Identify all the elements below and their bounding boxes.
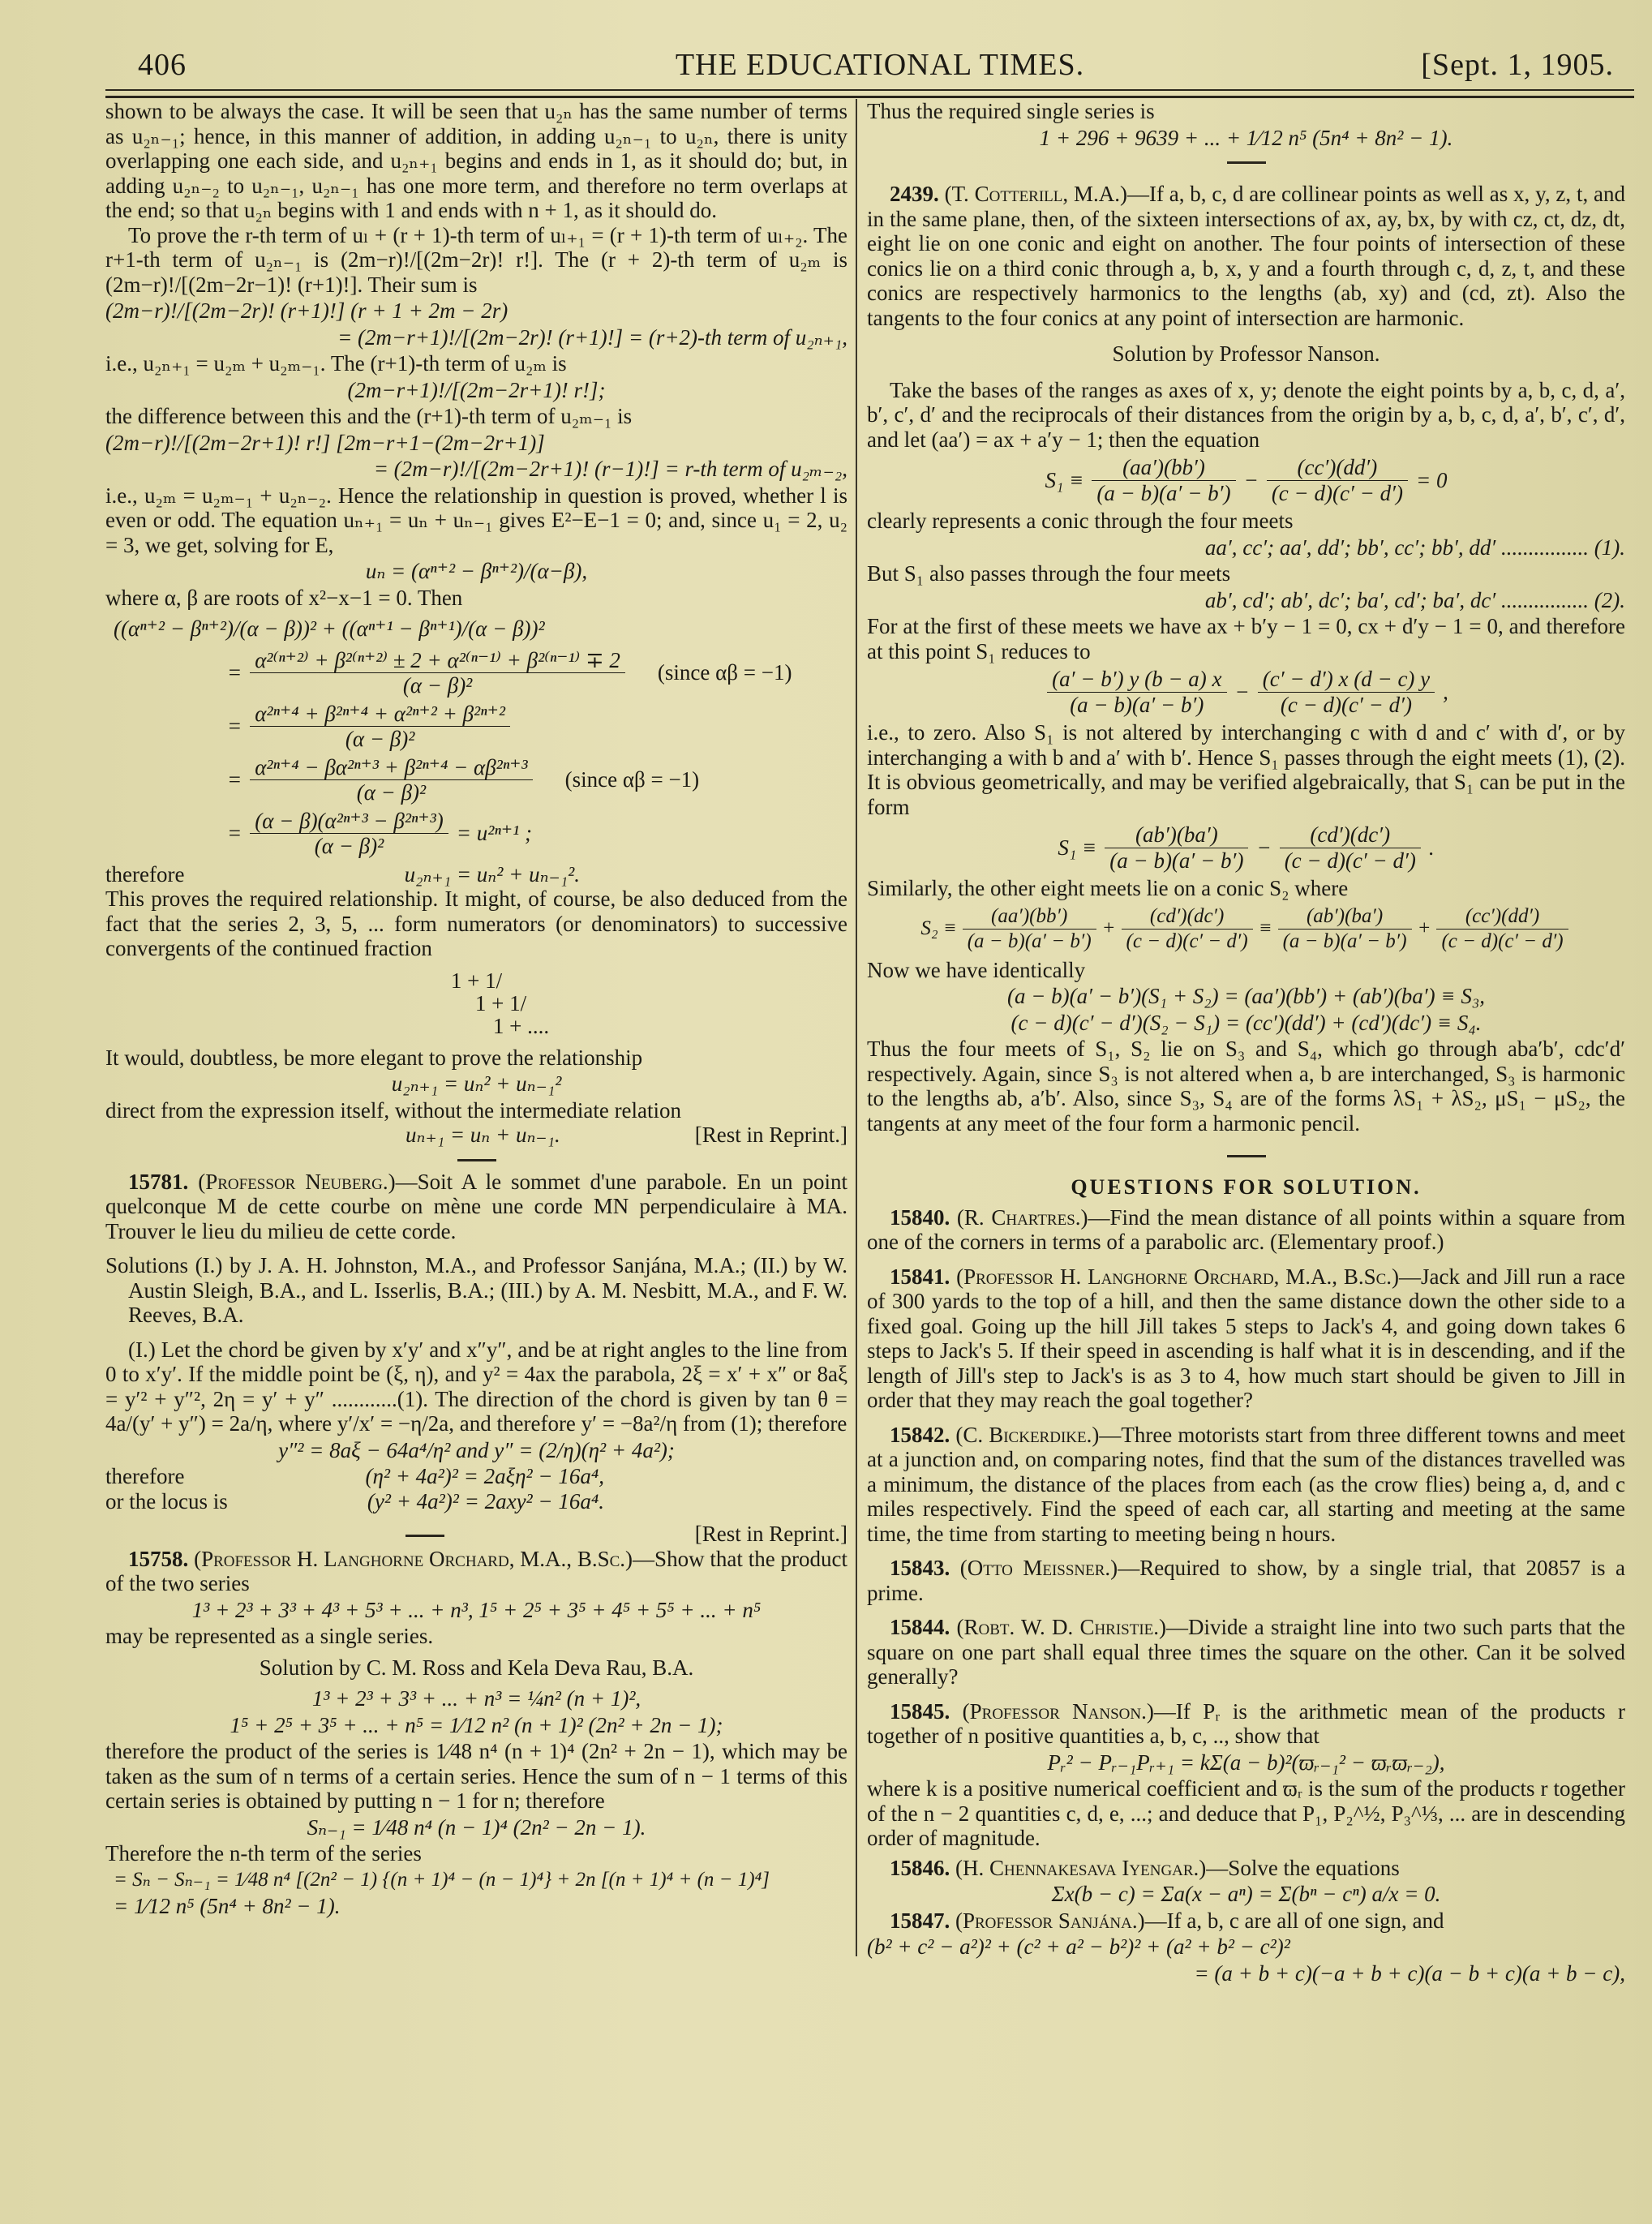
question-number: 2439. [890,182,939,206]
equation: (b² + c² − a²)² + (c² + a² − b²)² + (a² … [867,1934,1625,1960]
equation-row: therefore (η² + 4a²)² = 2aξη² − 16a⁴, [105,1464,847,1489]
equation: uₙ₊₁ = uₙ + uₙ₋₁. [405,1123,560,1148]
equation: (2m−r+1)!/[(2m−2r+1)! r!]; [105,378,847,403]
solution-credits: Solution by Professor Nanson. [867,341,1625,367]
cf-line: 1 + 1/ [105,992,847,1015]
denominator: (a − b)(a′ − b′) [1105,848,1248,874]
equation-fraction: S₂ ≡ (aa′)(bb′)(a − b)(a′ − b′) + (cd′)(… [867,904,1625,955]
numerator: (c′ − d′) x (d − c) y [1258,667,1435,693]
numerator: (cd′)(dc′) [1122,904,1253,930]
paragraph: the difference between this and the (r+1… [105,404,847,429]
paragraph: where α, β are roots of x²−x−1 = 0. Then [105,586,847,611]
question-2439: 2439. (T. Cotterill, M.A.)—If a, b, c, d… [867,182,1625,330]
equation: 1³ + 2³ + 3³ + 4³ + 5³ + ... + n³, 1⁵ + … [105,1598,847,1623]
equation-lhs: S₂ ≡ [920,917,956,942]
question-number: 15845. [890,1699,950,1724]
equation: = (2m−r)!/[(2m−2r+1)! (r−1)!] = r-th ter… [105,457,847,482]
label: therefore [105,862,184,887]
question-author: (Professor H. Langhorne Orchard, M.A., B… [194,1547,633,1571]
question-15844: 15844. (Robt. W. D. Christie.)—Divide a … [867,1615,1625,1689]
equation: ((αⁿ⁺² − βⁿ⁺²)/(α − β))² + ((αⁿ⁺¹ − βⁿ⁺¹… [105,616,847,642]
equation-row: [Rest in Reprint.] [105,1522,847,1547]
header-rule-thick [105,96,1634,98]
question-number: 15844. [890,1615,950,1639]
label: therefore [105,1464,184,1489]
denominator: (a − b)(a′ − b′) [1047,693,1226,718]
cf-line: 1 + .... [105,1015,847,1037]
paragraph: Therefore the n-th term of the series [105,1841,847,1866]
numerator: (ab′)(ba′) [1278,904,1412,930]
equation-tail: = u²ⁿ⁺¹ ; [457,821,532,846]
denominator: (α − β)² [250,673,625,698]
left-column: shown to be always the case. It will be … [105,99,847,1921]
question-number: 15847. [890,1908,950,1933]
label: or the locus is [105,1489,228,1514]
equation: 1³ + 2³ + 3³ + ... + n³ = ¼n² (n + 1)², [105,1686,847,1711]
paragraph: i.e., u₂ₘ = u₂ₘ₋₁ + u₂ₙ₋₂. Hence the rel… [105,483,847,558]
section-divider [1227,161,1266,164]
question-text: —If a, b, c are all of one sign, and [1145,1908,1444,1933]
equation: (c − d)(c′ − d′)(S₂ − S₁) = (cc′)(dd′) +… [867,1011,1625,1036]
page-header: 406 THE EDUCATIONAL TIMES. [Sept. 1, 190… [138,41,1622,89]
paragraph: clearly represents a conic through the f… [867,509,1625,534]
equation-fraction: = α²ⁿ⁺⁴ + β²ⁿ⁺⁴ + α²ⁿ⁺² + β²ⁿ⁺²(α − β)² [105,702,847,752]
question-author: (Professor Neuberg.) [198,1170,395,1194]
question-15841: 15841. (Professor H. Langhorne Orchard, … [867,1264,1625,1413]
question-15840: 15840. (R. Chartres.)—Find the mean dist… [867,1205,1625,1255]
question-number: 15846. [890,1856,950,1880]
question-number: 15840. [890,1205,950,1230]
equation: u₂ₙ₊₁ = uₙ² + uₙ₋₁² [105,1071,847,1097]
solution-credits: Solution by C. M. Ross and Kela Deva Rau… [105,1655,847,1681]
question-author: (R. Chartres.) [957,1205,1088,1230]
question-author: (Professor H. Langhorne Orchard, M.A., B… [956,1264,1399,1289]
denominator: (c − d)(c′ − d′) [1267,481,1408,506]
question-15847: 15847. (Professor Sanjána.)—If a, b, c a… [867,1908,1625,1934]
question-15845: 15845. (Professor Nanson.)—If Pᵣ is the … [867,1699,1625,1749]
denominator: (c − d)(c′ − d′) [1436,930,1568,955]
continued-fraction: 1 + 1/ 1 + 1/ 1 + .... [105,969,847,1037]
equation: (a − b)(a′ − b′)(S₁ + S₂) = (aa′)(bb′) +… [867,984,1625,1009]
numerator: α²ⁿ⁺⁴ − βα²ⁿ⁺³ + β²ⁿ⁺⁴ − αβ²ⁿ⁺³ [250,755,532,781]
paragraph: direct from the expression itself, witho… [105,1098,847,1123]
paragraph: (I.) Let the chord be given by x′y′ and … [105,1337,847,1436]
equation-fraction: = α²⁽ⁿ⁺²⁾ + β²⁽ⁿ⁺²⁾ ± 2 + α²⁽ⁿ⁻¹⁾ + β²⁽ⁿ… [105,648,847,698]
equation: 1⁵ + 2⁵ + 3⁵ + ... + n⁵ = 1⁄12 n² (n + 1… [105,1713,847,1738]
paragraph: This proves the required relationship. I… [105,887,847,961]
equation-note: (since αβ = −1) [658,660,792,685]
equation-fraction: = (α − β)(α²ⁿ⁺³ − β²ⁿ⁺³)(α − β)² = u²ⁿ⁺¹… [105,809,847,859]
paragraph: Thus the four meets of S₁, S₂ lie on S₃ … [867,1037,1625,1136]
equation: = (2m−r+1)!/[(2m−2r)! (r+1)!] = (r+2)-th… [105,325,847,350]
denominator: (c − d)(c′ − d′) [1258,693,1435,718]
equation: Sₙ₋₁ = 1⁄48 n⁴ (n − 1)⁴ (2n² − 2n − 1). [105,1815,847,1840]
rest-in-reprint-note: [Rest in Reprint.] [695,1522,847,1547]
question-text: —Solve the equations [1206,1856,1399,1880]
equation: Pᵣ² − Pᵣ₋₁Pᵣ₊₁ = kΣ(a − b)²(ϖᵣ₋₁² − ϖᵣϖᵣ… [867,1750,1625,1775]
equation: ab′, cd′; ab′, dc′; ba′, cd′; ba′, dc′ .… [867,588,1625,613]
paragraph: may be represented as a single series. [105,1624,847,1649]
equation: = 1⁄12 n⁵ (5n⁴ + 8n² − 1). [105,1894,847,1919]
paragraph: shown to be always the case. It will be … [105,99,847,223]
paragraph: Take the bases of the ranges as axes of … [867,378,1625,453]
numerator: α²⁽ⁿ⁺²⁾ + β²⁽ⁿ⁺²⁾ ± 2 + α²⁽ⁿ⁻¹⁾ + β²⁽ⁿ⁻¹… [250,648,625,674]
numerator: (cc′)(dd′) [1267,455,1408,481]
question-author: (Robt. W. D. Christie.) [956,1615,1166,1639]
denominator: (a − b)(a′ − b′) [1278,930,1412,955]
question-15846: 15846. (H. Chennakesava Iyengar.)—Solve … [867,1856,1625,1881]
paragraph: i.e., to zero. Also S₁ is not altered by… [867,720,1625,819]
equation-fraction: S₁ ≡ (ab′)(ba′)(a − b)(a′ − b′) − (cd′)(… [867,822,1625,873]
section-divider [457,1159,496,1161]
equation-row: uₙ₊₁ = uₙ + uₙ₋₁. [Rest in Reprint.] [105,1123,847,1148]
cf-line: 1 + 1/ [105,969,847,992]
paragraph: For at the first of these meets we have … [867,614,1625,663]
denominator: (α − β)² [250,834,448,859]
paragraph: But S₁ also passes through the four meet… [867,561,1625,586]
questions-list: 15840. (R. Chartres.)—Find the mean dist… [867,1205,1625,1986]
question-number: 15781. [128,1170,188,1194]
numerator: (α − β)(α²ⁿ⁺³ − β²ⁿ⁺³) [250,809,448,835]
question-15781: 15781. (Professor Neuberg.)—Soit A le so… [105,1170,847,1244]
equation: (2m−r)!/[(2m−2r)! (r+1)!] (r + 1 + 2m − … [105,298,847,324]
denominator: (c − d)(c′ − d′) [1122,930,1253,955]
equation: u₂ₙ₊₁ = uₙ² + uₙ₋₁². [405,862,580,887]
numerator: (ab′)(ba′) [1105,822,1248,848]
question-number: 15843. [890,1556,950,1580]
numerator: (cc′)(dd′) [1436,904,1568,930]
equation: (y² + 4a²)² = 2axy² − 16a⁴. [367,1489,604,1514]
paragraph: It would, doubtless, be more elegant to … [105,1045,847,1071]
equation-tail: = 0 [1416,468,1447,493]
equation: uₙ = (αⁿ⁺² − βⁿ⁺²)/(α−β), [105,559,847,584]
question-15843: 15843. (Otto Meissner.)—Required to show… [867,1556,1625,1605]
numerator: (cd′)(dc′) [1280,822,1421,848]
paragraph: Thus the required single series is [867,99,1625,124]
equation-lhs: S₁ ≡ [1058,835,1096,861]
header-rule-thin [105,89,1634,91]
question-author: (Otto Meissner.) [960,1556,1118,1580]
denominator: (α − β)² [250,780,532,805]
equation-fraction: = α²ⁿ⁺⁴ − βα²ⁿ⁺³ + β²ⁿ⁺⁴ − αβ²ⁿ⁺³(α − β)… [105,755,847,805]
question-number: 15841. [890,1264,950,1289]
equation-lhs: S₁ ≡ [1045,468,1084,493]
question-15758: 15758. (Professor H. Langhorne Orchard, … [105,1547,847,1596]
numerator: (aa′)(bb′) [1092,455,1235,481]
equation-note: (since αβ = −1) [565,767,700,792]
numerator: α²ⁿ⁺⁴ + β²ⁿ⁺⁴ + α²ⁿ⁺² + β²ⁿ⁺² [250,702,510,728]
equation: y″² = 8aξ − 64a⁴/η² and y″ = (2/η)(η² + … [105,1438,847,1463]
denominator: (c − d)(c′ − d′) [1280,848,1421,874]
question-author: (Professor Nanson.) [963,1699,1154,1724]
newspaper-page: 406 THE EDUCATIONAL TIMES. [Sept. 1, 190… [101,0,1634,2224]
question-author: (T. Cotterill, M.A.) [945,182,1127,206]
equation: = Sₙ − Sₙ₋₁ = 1⁄48 n⁴ [(2n² − 1) {(n + 1… [105,1868,847,1893]
paragraph: To prove the r-th term of uₗ + (r + 1)-t… [105,223,847,298]
solution-credits: Solutions (I.) by J. A. H. Johnston, M.A… [105,1253,847,1328]
paragraph: Similarly, the other eight meets lie on … [867,876,1625,901]
denominator: (a − b)(a′ − b′) [963,930,1096,955]
numerator: (aa′)(bb′) [963,904,1096,930]
right-column: Thus the required single series is 1 + 2… [856,99,1625,1956]
equation: (2m−r)!/[(2m−2r+1)! r!] [2m−r+1−(2m−2r+1… [105,431,847,456]
section-divider [1227,1155,1266,1157]
question-text: where k is a positive numerical coeffici… [867,1776,1625,1851]
equation: = (a + b + c)(−a + b + c)(a − b + c)(a +… [867,1961,1625,1986]
equation-row: or the locus is (y² + 4a²)² = 2axy² − 16… [105,1489,847,1514]
denominator: (α − β)² [250,727,510,752]
paragraph: Now we have identically [867,958,1625,983]
equation: (η² + 4a²)² = 2aξη² − 16a⁴, [365,1464,604,1489]
equation: Σx(b − c) = Σa(x − aⁿ) = Σ(bⁿ − cⁿ) a/x … [867,1882,1625,1907]
issue-date: [Sept. 1, 1905. [1421,47,1614,83]
publication-title: THE EDUCATIONAL TIMES. [138,47,1622,83]
paragraph: i.e., u₂ₙ₊₁ = u₂ₘ + u₂ₘ₋₁. The (r+1)-th … [105,351,847,376]
paragraph: therefore the product of the series is 1… [105,1739,847,1814]
question-number: 15758. [128,1547,188,1571]
equation: aa′, cc′; aa′, dd′; bb′, cc′; bb′, dd′ .… [867,535,1625,560]
rest-in-reprint-note: [Rest in Reprint.] [695,1123,847,1148]
numerator: (a′ − b′) y (b − a) x [1047,667,1226,693]
section-title: QUESTIONS FOR SOLUTION. [867,1175,1625,1200]
question-number: 15842. [890,1423,950,1447]
question-author: (H. Chennakesava Iyengar.) [955,1856,1206,1880]
question-author: (C. Bickerdike.) [955,1423,1099,1447]
equation-row: therefore u₂ₙ₊₁ = uₙ² + uₙ₋₁². [105,862,847,887]
question-author: (Professor Sanjána.) [955,1908,1145,1933]
equation-fraction: S₁ ≡ (aa′)(bb′)(a − b)(a′ − b′) − (cc′)(… [867,455,1625,505]
question-15842: 15842. (C. Bickerdike.)—Three motorists … [867,1423,1625,1547]
equation: 1 + 296 + 9639 + ... + 1⁄12 n⁵ (5n⁴ + 8n… [867,126,1625,151]
equation-fraction: (a′ − b′) y (b − a) x(a − b)(a′ − b′) − … [867,667,1625,717]
denominator: (a − b)(a′ − b′) [1092,481,1235,506]
